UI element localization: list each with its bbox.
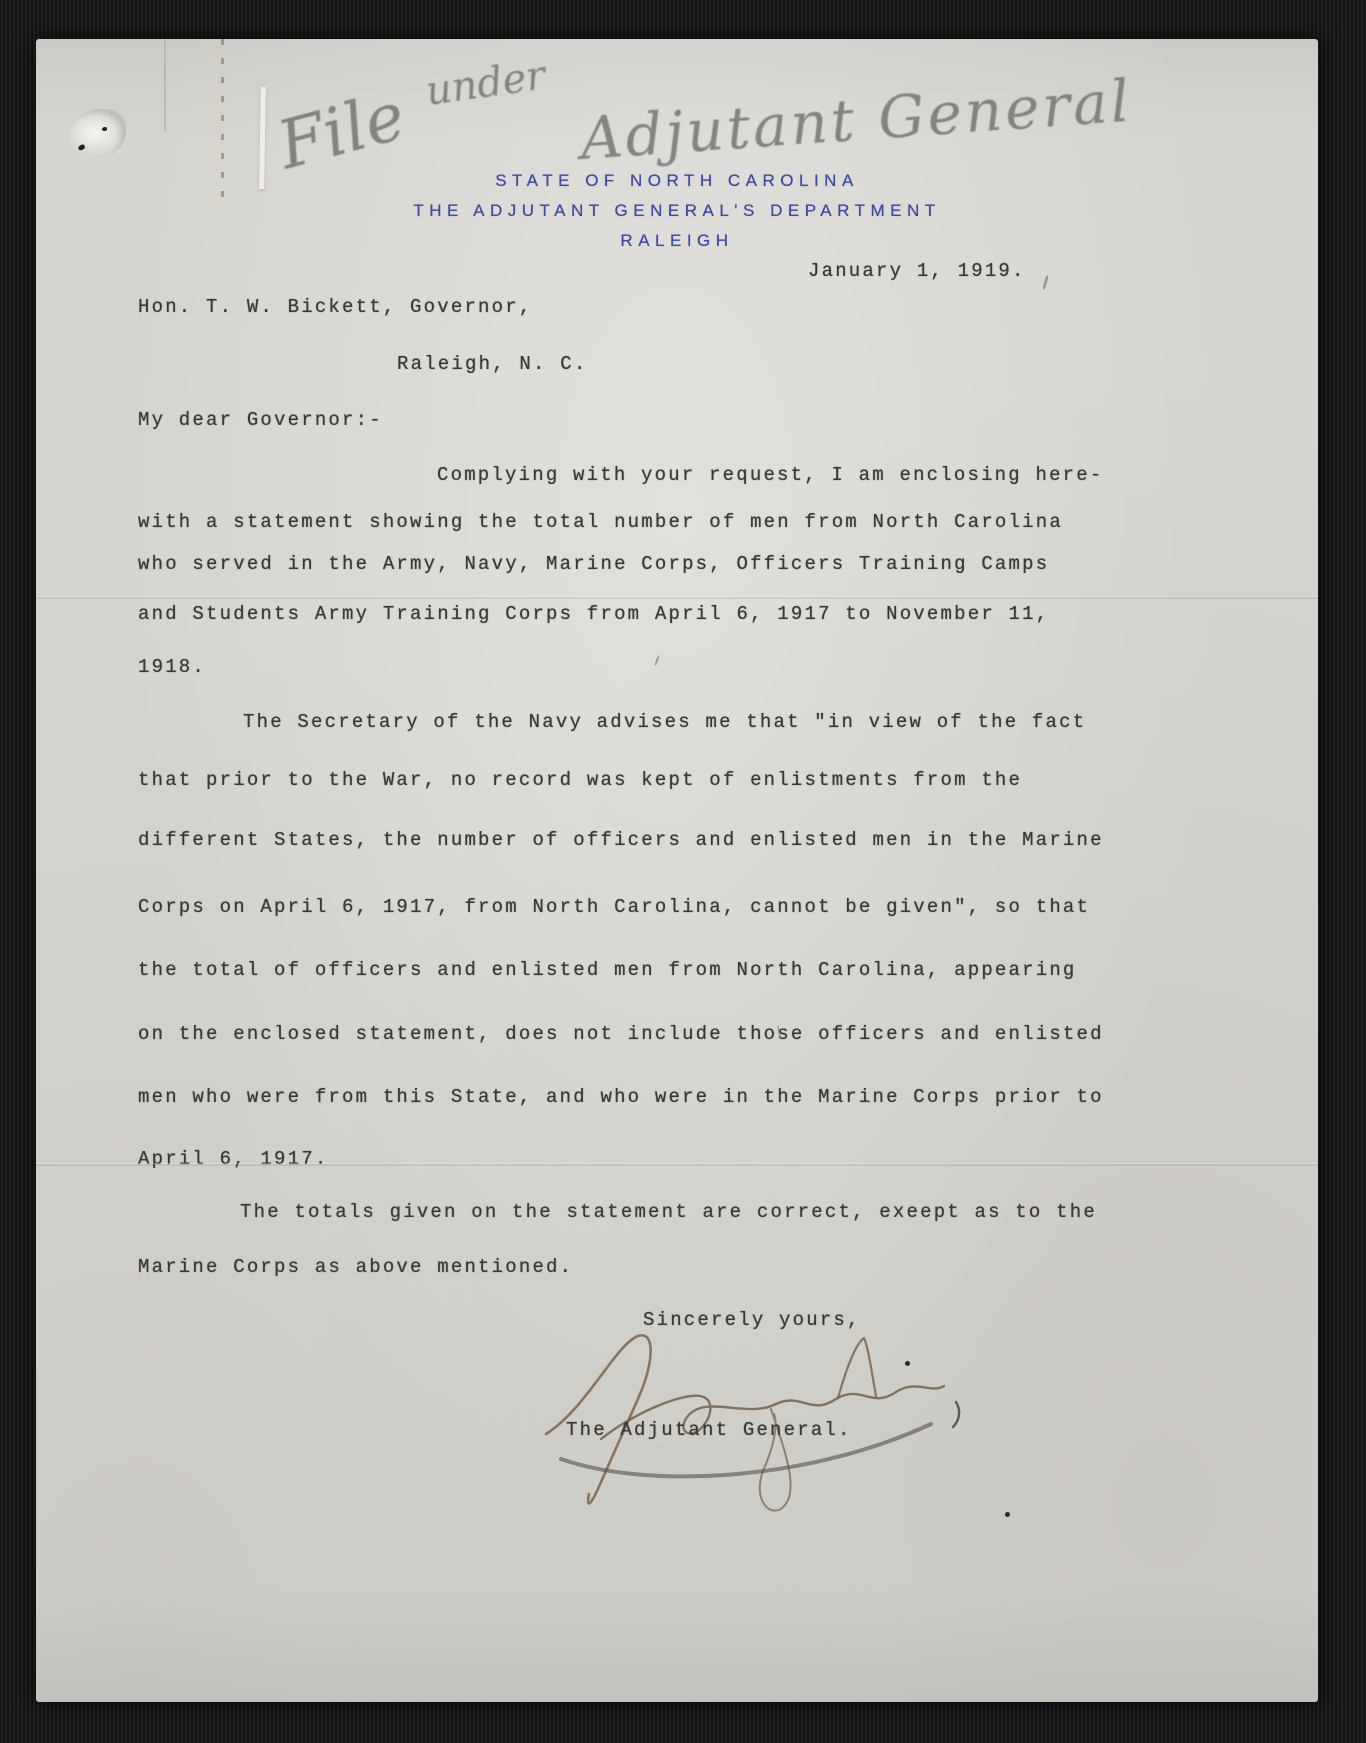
fold-crease-lower (36, 1163, 1318, 1166)
body-line: The Secretary of the Navy advises me tha… (243, 710, 1086, 734)
letterhead-state-line: STATE OF NORTH CAROLINA (36, 171, 1318, 191)
body-line: The totals given on the statement are co… (240, 1200, 1097, 1224)
rust-stain-streak (221, 39, 224, 199)
body-line: April 6, 1917. (138, 1147, 328, 1171)
body-line: Marine Corps as above mentioned. (138, 1255, 573, 1279)
recipient-city-line: Raleigh, N. C. (397, 352, 587, 376)
body-line: with a statement showing the total numbe… (138, 510, 1063, 534)
letterhead-city-line: RALEIGH (36, 231, 1318, 251)
body-line: the total of officers and enlisted men f… (138, 958, 1077, 982)
body-line: on the enclosed statement, does not incl… (138, 1022, 1104, 1046)
body-line: Corps on April 6, 1917, from North Carol… (138, 895, 1090, 919)
ink-dot (1005, 1512, 1010, 1517)
body-line: that prior to the War, no record was kep… (138, 768, 1022, 792)
date-line: January 1, 1919. (808, 259, 1026, 283)
letterhead-department-line: THE ADJUTANT GENERAL'S DEPARTMENT (36, 201, 1318, 221)
body-line: and Students Army Training Corps from Ap… (138, 602, 1049, 626)
body-line: different States, the number of officers… (138, 828, 1104, 852)
body-line: who served in the Army, Navy, Marine Cor… (138, 552, 1049, 576)
salutation: My dear Governor:- (138, 408, 383, 432)
pencil-mark-after-date (1042, 275, 1049, 290)
recipient-name-line: Hon. T. W. Bickett, Governor, (138, 295, 532, 319)
note-word-adjutant-general: Adjutant General (573, 67, 1134, 174)
signature-stroke-ascender (838, 1338, 876, 1398)
scan-background: { "scan": { "annotation": { "parts": ["F… (0, 0, 1366, 1743)
pencil-mark-mid-text (654, 655, 660, 666)
paper-crease-streak (164, 39, 166, 131)
note-word-file: File (276, 77, 413, 185)
body-line: men who were from this State, and who we… (138, 1085, 1104, 1109)
signature-title: The Adjutant General. (566, 1418, 852, 1442)
ink-dot (905, 1361, 910, 1366)
note-word-under: under (423, 52, 551, 115)
body-line: Complying with your request, I am enclos… (437, 463, 1104, 487)
body-line: 1918. (138, 655, 206, 679)
letter-paper: File under Adjutant General STATE OF NOR… (36, 39, 1318, 1702)
signature-comma (953, 1402, 959, 1427)
fold-crease-upper (36, 596, 1318, 599)
ink-speck (102, 127, 107, 131)
